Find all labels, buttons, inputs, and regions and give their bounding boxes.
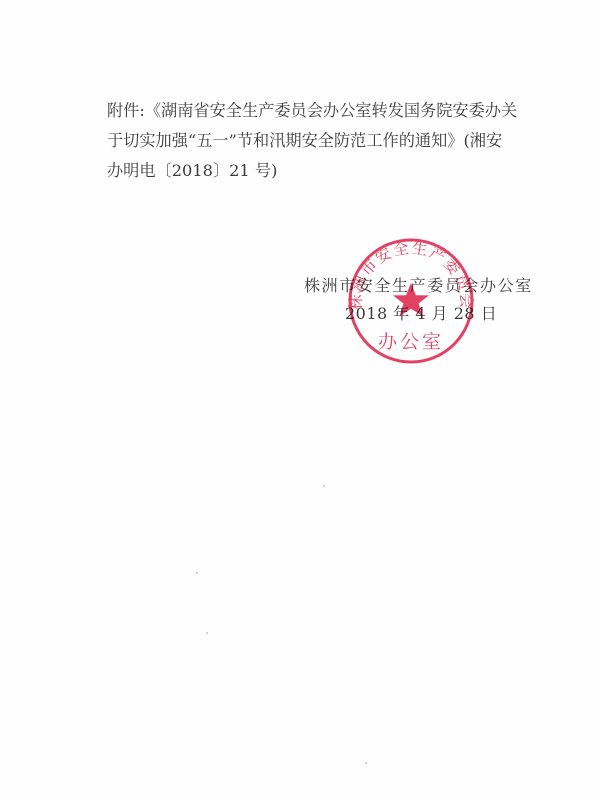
- seal-inner-text: 办公室: [378, 331, 444, 353]
- attachment-line-3: 办明电〔2018〕21 号): [107, 156, 537, 186]
- attachment-line-1: 附件:《湖南省安全生产委员会办公室转发国务院安委办关: [107, 96, 537, 126]
- paper-speck: [365, 762, 367, 764]
- attachment-line-2: 于切实加强“五一”节和汛期安全防范工作的通知》(湘安: [107, 126, 537, 156]
- official-seal: 株洲市安全生产委员会 办公室: [346, 236, 476, 366]
- paper-speck: [323, 485, 325, 487]
- paper-speck: [206, 632, 208, 634]
- document-page: 附件:《湖南省安全生产委员会办公室转发国务院安委办关 于切实加强“五一”节和汛期…: [0, 0, 600, 800]
- attachment-note: 附件:《湖南省安全生产委员会办公室转发国务院安委办关 于切实加强“五一”节和汛期…: [107, 96, 537, 186]
- star-icon: [393, 283, 429, 316]
- paper-speck: [196, 572, 198, 574]
